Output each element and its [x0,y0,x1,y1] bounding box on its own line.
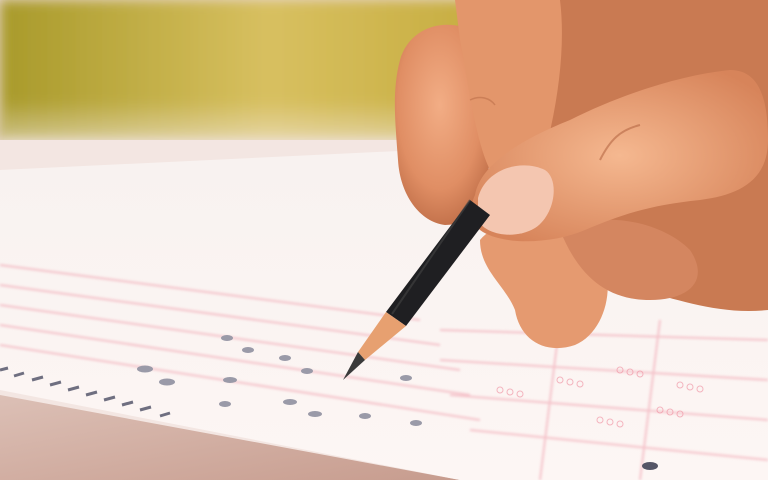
photo-scene [0,0,768,480]
photo-illustration [0,0,768,480]
